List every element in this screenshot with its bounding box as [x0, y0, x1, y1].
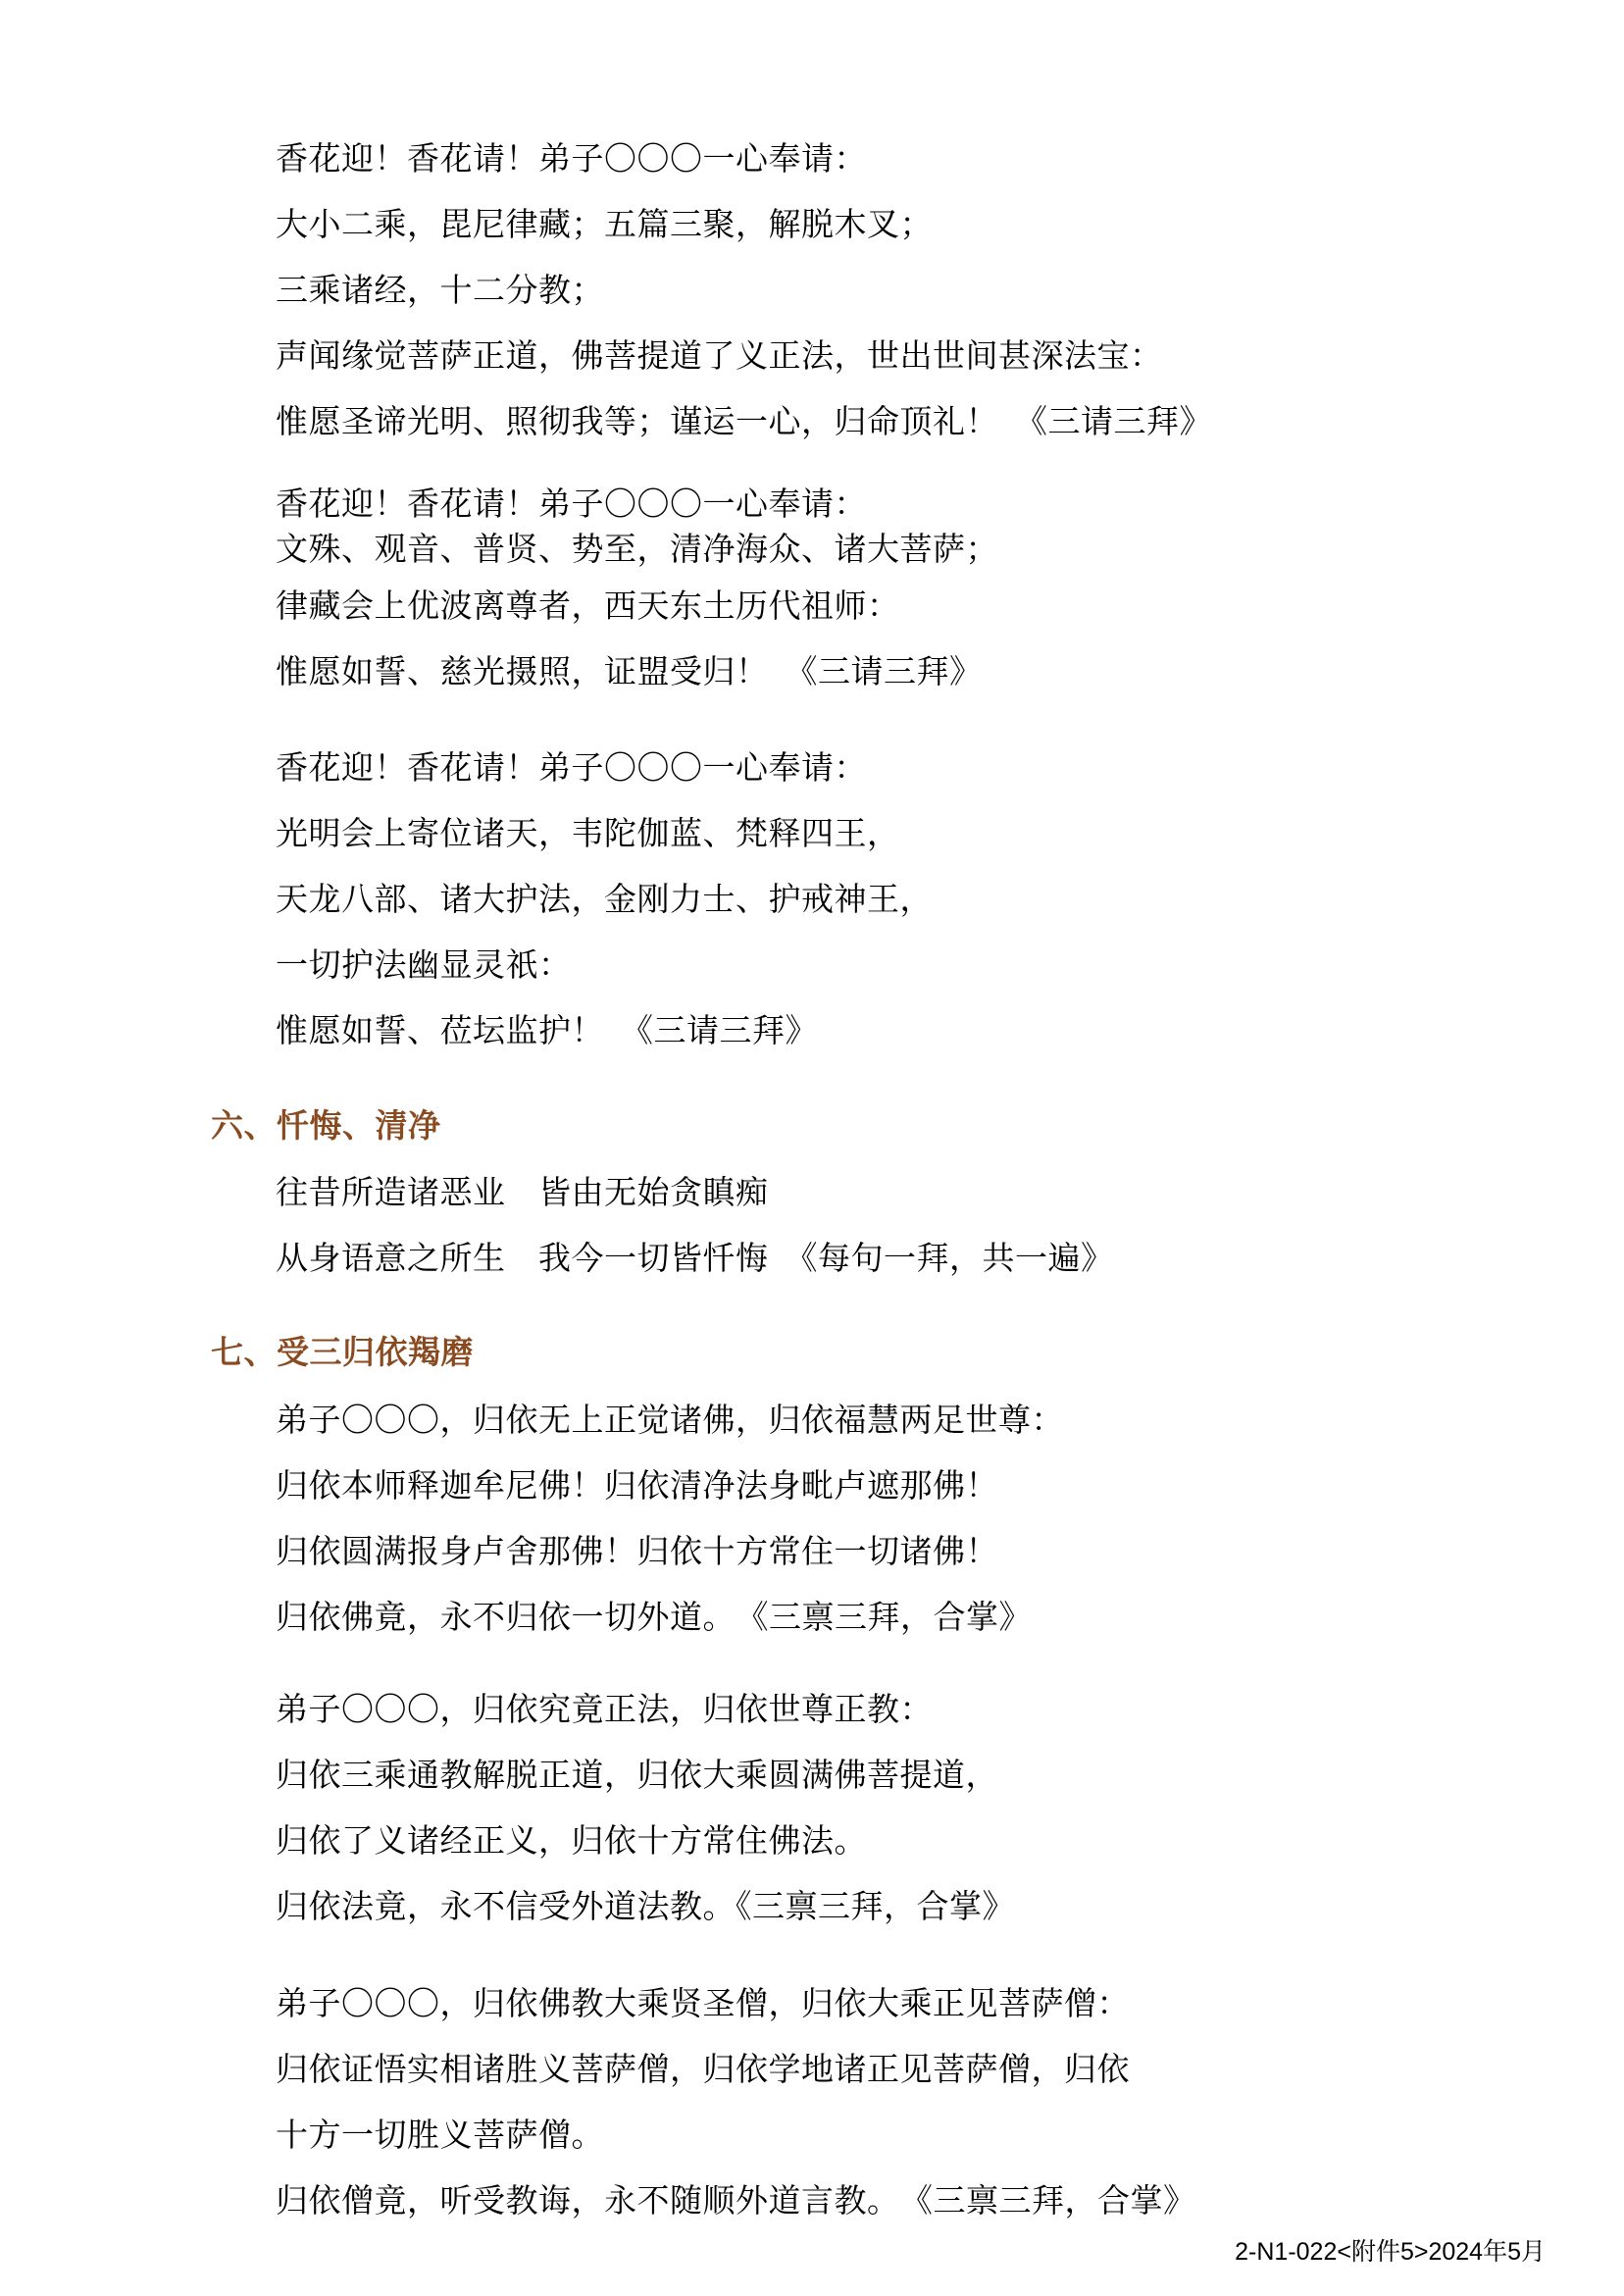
text-line: 惟愿如誓、慈光摄照，证盟受归！ 《三请三拜》 [276, 640, 1546, 706]
text-line: 香花迎！香花请！弟子〇〇〇一心奉请： [276, 128, 1546, 193]
document-body: 香花迎！香花请！弟子〇〇〇一心奉请：大小二乘，毘尼律藏；五篇三聚，解脱木叉；三乘… [211, 128, 1546, 2235]
text-line: 声闻缘觉菩萨正道，佛菩提道了义正法，世出世间甚深法宝： [276, 325, 1546, 390]
text-line: 香花迎！香花请！弟子〇〇〇一心奉请： [276, 737, 1546, 802]
text-line: 光明会上寄位诸天，韦陀伽蓝、梵释四王， [276, 802, 1546, 868]
text-line: 三乘诸经，十二分教； [276, 259, 1546, 325]
text-line: 归依三乘通教解脱正道，归依大乘圆满佛菩提道， [276, 1744, 1546, 1810]
text-line: 归依佛竟，永不归依一切外道。 《三禀三拜，合掌》 [276, 1586, 1546, 1652]
paragraph: 香花迎！香花请！弟子〇〇〇一心奉请：大小二乘，毘尼律藏；五篇三聚，解脱木叉；三乘… [276, 128, 1546, 456]
text-line: 归依证悟实相诸胜义菩萨僧，归依学地诸正见菩萨僧，归依 [276, 2038, 1546, 2104]
page-footer: 2-N1-022<附件5>2024年5月 [1235, 2237, 1546, 2267]
text-line: 从身语意之所生 我今一切皆忏悔 《每句一拜，共一遍》 [276, 1227, 1546, 1293]
paragraph: 弟子〇〇〇，归依究竟正法，归依世尊正教：归依三乘通教解脱正道，归依大乘圆满佛菩提… [276, 1678, 1546, 1941]
text-line: 惟愿如誓、莅坛监护！ 《三请三拜》 [276, 999, 1546, 1065]
document-page: 香花迎！香花请！弟子〇〇〇一心奉请：大小二乘，毘尼律藏；五篇三聚，解脱木叉；三乘… [0, 0, 1624, 2296]
text-line: 大小二乘，毘尼律藏；五篇三聚，解脱木叉； [276, 193, 1546, 259]
text-line: 惟愿圣谛光明、照彻我等；谨运一心，归命顶礼！ 《三请三拜》 [276, 390, 1546, 456]
paragraph: 律藏会上优波离尊者，西天东土历代祖师：惟愿如誓、慈光摄照，证盟受归！ 《三请三拜… [276, 575, 1546, 706]
text-line: 归依法竟，永不信受外道法教。《三禀三拜，合掌》 [276, 1875, 1546, 1941]
text-line: 香花迎！香花请！弟子〇〇〇一心奉请： [276, 483, 1546, 528]
text-line: 归依本师释迦牟尼佛！归依清净法身毗卢遮那佛！ [276, 1454, 1546, 1520]
paragraph: 弟子〇〇〇，归依无上正觉诸佛，归依福慧两足世尊：归依本师释迦牟尼佛！归依清净法身… [276, 1389, 1546, 1652]
paragraph: 香花迎！香花请！弟子〇〇〇一心奉请：光明会上寄位诸天，韦陀伽蓝、梵释四王，天龙八… [276, 737, 1546, 1065]
text-line: 弟子〇〇〇，归依无上正觉诸佛，归依福慧两足世尊： [276, 1389, 1546, 1454]
text-line: 归依僧竟，听受教诲，永不随顺外道言教。 《三禀三拜，合掌》 [276, 2169, 1546, 2235]
text-line: 文殊、观音、普贤、势至，清净海众、诸大菩萨； [276, 528, 1546, 573]
footer-code: 2-N1-022<附件5>2024年5月 [1235, 2238, 1546, 2266]
text-line: 天龙八部、诸大护法，金刚力士、护戒神王， [276, 868, 1546, 934]
text-line: 归依了义诸经正义，归依十方常住佛法。 [276, 1810, 1546, 1875]
paragraph: 香花迎！香花请！弟子〇〇〇一心奉请：文殊、观音、普贤、势至，清净海众、诸大菩萨； [276, 483, 1546, 573]
paragraph: 弟子〇〇〇，归依佛教大乘贤圣僧，归依大乘正见菩萨僧：归依证悟实相诸胜义菩萨僧，归… [276, 1972, 1546, 2235]
heading-text: 七、受三归依羯磨 [211, 1321, 1546, 1387]
paragraph: 往昔所造诸恶业 皆由无始贪瞋痴从身语意之所生 我今一切皆忏悔 《每句一拜，共一遍… [276, 1161, 1546, 1293]
text-line: 一切护法幽显灵祇： [276, 934, 1546, 999]
text-line: 弟子〇〇〇，归依佛教大乘贤圣僧，归依大乘正见菩萨僧： [276, 1972, 1546, 2038]
text-line: 往昔所造诸恶业 皆由无始贪瞋痴 [276, 1161, 1546, 1227]
section-heading: 七、受三归依羯磨 [211, 1321, 1546, 1387]
text-line: 弟子〇〇〇，归依究竟正法，归依世尊正教： [276, 1678, 1546, 1744]
text-line: 十方一切胜义菩萨僧。 [276, 2104, 1546, 2169]
text-line: 律藏会上优波离尊者，西天东土历代祖师： [276, 575, 1546, 640]
text-line: 归依圆满报身卢舍那佛！归依十方常住一切诸佛！ [276, 1520, 1546, 1586]
heading-text: 六、忏悔、清净 [211, 1095, 1546, 1160]
section-heading: 六、忏悔、清净 [211, 1095, 1546, 1160]
